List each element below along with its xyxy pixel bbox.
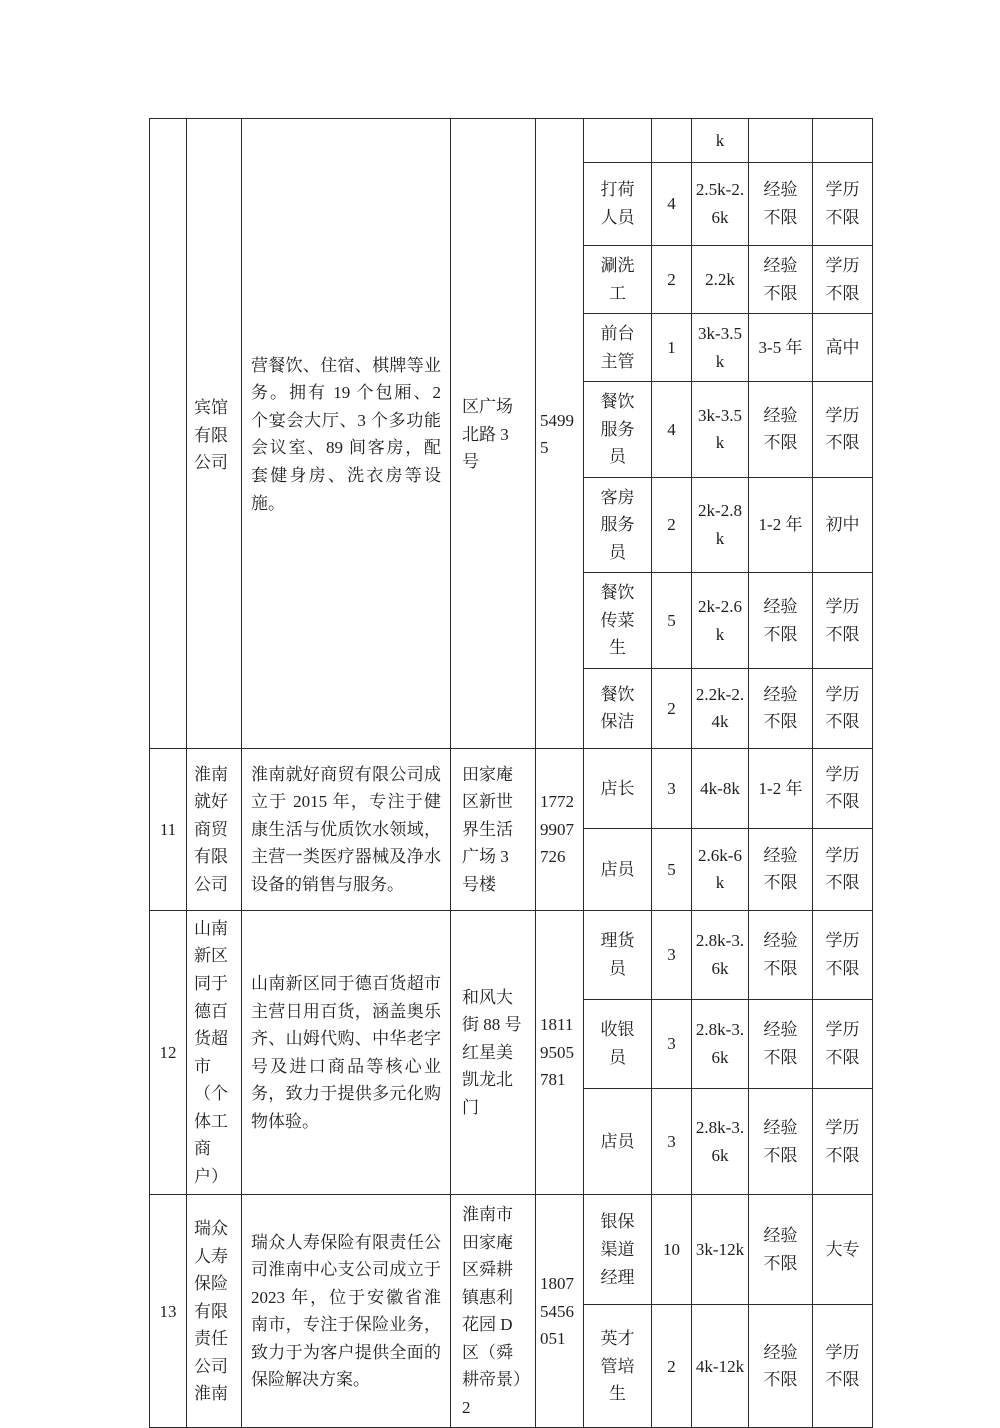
job-experience-cell: 经验不限 — [749, 910, 813, 999]
company-cell: 淮南就好商贸有限公司 — [187, 748, 242, 910]
number-cell: 11 — [150, 748, 187, 910]
job-salary-cell: 2.2k — [692, 246, 749, 314]
address-cell: 田家庵区新世界生活广场 3 号楼 — [451, 748, 536, 910]
table-row: 11淮南就好商贸有限公司淮南就好商贸有限公司成立于 2015 年，专注于健康生活… — [150, 748, 873, 828]
job-title-cell: 店员 — [584, 1089, 652, 1195]
description-cell: 淮南就好商贸有限公司成立于 2015 年，专注于健康生活与优质饮水领域，主营一类… — [242, 748, 451, 910]
job-experience-cell: 经验不限 — [749, 1305, 813, 1428]
job-experience-cell: 经验不限 — [749, 1089, 813, 1195]
job-title-cell: 店员 — [584, 828, 652, 910]
job-education-cell: 学历不限 — [813, 999, 873, 1089]
job-count-cell: 3 — [652, 1089, 692, 1195]
job-count-cell: 2 — [652, 477, 692, 573]
job-education-cell: 学历不限 — [813, 382, 873, 478]
job-salary-cell: 2k-2.6k — [692, 573, 749, 669]
job-experience-cell: 3-5 年 — [749, 314, 813, 382]
job-salary-cell: 3k-12k — [692, 1195, 749, 1305]
job-title-cell: 客房服务员 — [584, 477, 652, 573]
job-count-cell: 2 — [652, 1305, 692, 1428]
job-education-cell — [813, 119, 873, 163]
job-education-cell: 学历不限 — [813, 163, 873, 246]
job-education-cell: 学历不限 — [813, 828, 873, 910]
job-salary-cell: 2k-2.8k — [692, 477, 749, 573]
phone-cell: 17729907726 — [536, 748, 584, 910]
job-experience-cell: 经验不限 — [749, 668, 813, 748]
phone-cell: 18075456051 — [536, 1195, 584, 1428]
job-count-cell: 4 — [652, 163, 692, 246]
job-salary-cell: 2.5k-2.6k — [692, 163, 749, 246]
table-row: 12山南新区同于德百货超市（个体工商户）山南新区同于德百货超市主营日用百货，涵盖… — [150, 910, 873, 999]
job-experience-cell: 1-2 年 — [749, 748, 813, 828]
job-education-cell: 大专 — [813, 1195, 873, 1305]
job-salary-cell: 2.2k-2.4k — [692, 668, 749, 748]
job-title-cell: 餐饮保洁 — [584, 668, 652, 748]
job-salary-cell: 2.8k-3.6k — [692, 999, 749, 1089]
job-title-cell: 打荷人员 — [584, 163, 652, 246]
job-salary-cell: 3k-3.5k — [692, 382, 749, 478]
company-cell: 山南新区同于德百货超市（个体工商户） — [187, 910, 242, 1194]
job-count-cell: 3 — [652, 910, 692, 999]
job-education-cell: 学历不限 — [813, 1305, 873, 1428]
address-cell: 和风大街 88 号红星美凯龙北门 — [451, 910, 536, 1194]
description-cell: 营餐饮、住宿、棋牌等业务。拥有 19 个包厢、2 个宴会大厅、3 个多功能会议室… — [242, 119, 451, 749]
job-salary-cell: k — [692, 119, 749, 163]
job-salary-cell: 4k-12k — [692, 1305, 749, 1428]
job-experience-cell: 经验不限 — [749, 828, 813, 910]
description-cell: 瑞众人寿保险有限责任公司淮南中心支公司成立于 2023 年，位于安徽省淮南市，专… — [242, 1195, 451, 1428]
job-title-cell: 收银员 — [584, 999, 652, 1089]
job-title-cell — [584, 119, 652, 163]
number-cell: 13 — [150, 1195, 187, 1428]
job-title-cell: 理货员 — [584, 910, 652, 999]
job-education-cell: 学历不限 — [813, 748, 873, 828]
job-education-cell: 学历不限 — [813, 1089, 873, 1195]
company-cell: 瑞众人寿保险有限责任公司淮南 — [187, 1195, 242, 1428]
job-title-cell: 前台主管 — [584, 314, 652, 382]
job-experience-cell: 经验不限 — [749, 999, 813, 1089]
job-title-cell: 店长 — [584, 748, 652, 828]
job-count-cell: 2 — [652, 668, 692, 748]
job-count-cell — [652, 119, 692, 163]
job-title-cell: 餐饮服务员 — [584, 382, 652, 478]
job-count-cell: 10 — [652, 1195, 692, 1305]
job-education-cell: 学历不限 — [813, 668, 873, 748]
job-count-cell: 5 — [652, 828, 692, 910]
table-row: 宾馆有限公司营餐饮、住宿、棋牌等业务。拥有 19 个包厢、2 个宴会大厅、3 个… — [150, 119, 873, 163]
job-count-cell: 4 — [652, 382, 692, 478]
job-title-cell: 银保渠道经理 — [584, 1195, 652, 1305]
address-cell: 淮南市田家庵区舜耕镇惠利花园 D 区（舜耕帝景）2 — [451, 1195, 536, 1428]
job-salary-cell: 2.8k-3.6k — [692, 910, 749, 999]
job-salary-cell: 4k-8k — [692, 748, 749, 828]
job-experience-cell: 经验不限 — [749, 1195, 813, 1305]
job-experience-cell: 经验不限 — [749, 163, 813, 246]
job-salary-cell: 3k-3.5k — [692, 314, 749, 382]
phone-cell: 18119505781 — [536, 910, 584, 1194]
address-cell: 区广场北路 3 号 — [451, 119, 536, 749]
job-education-cell: 学历不限 — [813, 246, 873, 314]
job-count-cell: 2 — [652, 246, 692, 314]
number-cell: 12 — [150, 910, 187, 1194]
job-salary-cell: 2.8k-3.6k — [692, 1089, 749, 1195]
job-title-cell: 英才管培生 — [584, 1305, 652, 1428]
job-education-cell: 初中 — [813, 477, 873, 573]
jobs-table-body: 宾馆有限公司营餐饮、住宿、棋牌等业务。拥有 19 个包厢、2 个宴会大厅、3 个… — [150, 119, 873, 1428]
company-cell: 宾馆有限公司 — [187, 119, 242, 749]
recruitment-table: 宾馆有限公司营餐饮、住宿、棋牌等业务。拥有 19 个包厢、2 个宴会大厅、3 个… — [149, 118, 873, 1428]
recruitment-table-sheet: 宾馆有限公司营餐饮、住宿、棋牌等业务。拥有 19 个包厢、2 个宴会大厅、3 个… — [149, 118, 873, 1428]
table-row: 13瑞众人寿保险有限责任公司淮南瑞众人寿保险有限责任公司淮南中心支公司成立于 2… — [150, 1195, 873, 1305]
job-education-cell: 高中 — [813, 314, 873, 382]
job-salary-cell: 2.6k-6k — [692, 828, 749, 910]
job-experience-cell — [749, 119, 813, 163]
job-count-cell: 5 — [652, 573, 692, 669]
description-cell: 山南新区同于德百货超市主营日用百货，涵盖奥乐齐、山姆代购、中华老字号及进口商品等… — [242, 910, 451, 1194]
job-education-cell: 学历不限 — [813, 573, 873, 669]
document-page: { "table": { "border_color": "#2b2b2b", … — [0, 0, 1000, 1414]
job-education-cell: 学历不限 — [813, 910, 873, 999]
job-count-cell: 3 — [652, 999, 692, 1089]
phone-cell: 54995 — [536, 119, 584, 749]
job-experience-cell: 经验不限 — [749, 382, 813, 478]
job-title-cell: 涮洗工 — [584, 246, 652, 314]
job-experience-cell: 经验不限 — [749, 573, 813, 669]
job-count-cell: 1 — [652, 314, 692, 382]
number-cell — [150, 119, 187, 749]
job-experience-cell: 1-2 年 — [749, 477, 813, 573]
job-experience-cell: 经验不限 — [749, 246, 813, 314]
job-title-cell: 餐饮传菜生 — [584, 573, 652, 669]
job-count-cell: 3 — [652, 748, 692, 828]
